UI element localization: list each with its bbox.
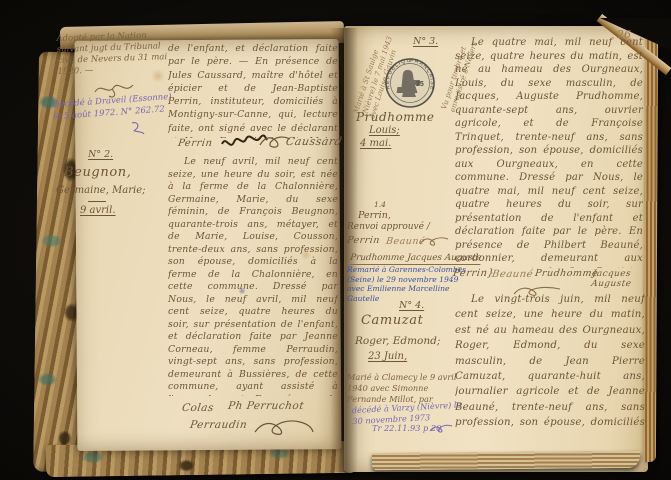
renvoi-name: Perrin, [358, 210, 391, 221]
act-3-surname: Prudhomme [356, 110, 435, 124]
act-2-surname: Beugnon, [64, 165, 131, 180]
act-2-firstnames: Germaine, Marie; [56, 185, 146, 196]
act-4-surname: Camuzat [361, 313, 423, 328]
act-4-body-text: Le vingt-trois juin, mil neuf cent seize… [455, 292, 645, 430]
act-number-3: N° 3. [413, 36, 438, 47]
act-2-body-text: Le neuf avril, mil neuf cent seize, une … [168, 156, 338, 396]
act-3-signature-prudhomme: Prudhomme [534, 268, 599, 279]
paraph-icon [428, 420, 454, 435]
paraph-icon [128, 120, 146, 135]
renvoi-approval-note: Renvoi approuvé / [347, 222, 430, 232]
act-3-firstname: Louis; [369, 125, 400, 136]
act-2-date: 9 avril. [80, 205, 116, 216]
page-stack-bottom-right [372, 451, 640, 470]
page-stack-fore-edge [643, 36, 658, 462]
signature-colas: Colas [181, 402, 215, 414]
signature-perruchot: Ph Perruchot [227, 400, 305, 412]
renvoi-reference-mark: 1.4 [374, 200, 386, 209]
margin-rule [88, 201, 106, 202]
act-3-date: 4 mai. [360, 138, 391, 149]
signature-caussard: Caussard [285, 135, 344, 148]
act-number-2: N° 2. [88, 149, 113, 160]
signature-flourish-icon [418, 233, 450, 248]
act-3-signature-beaune: Beauné [491, 269, 534, 280]
adoption-margin-note: Adopté par la Nation suivant jugt du Tri… [56, 30, 169, 78]
act-3-signature-perrin: Perrin} [452, 268, 495, 279]
renvoi-signature-perrin: Perrin [346, 235, 380, 246]
signature-perrin: Perrin [177, 138, 213, 149]
republique-francaise-stamp: RÉPUBLIQUE FRANÇAISE 25 [383, 56, 437, 110]
act-3-body-text: Le quatre mai, mil neuf cent seize, quat… [455, 36, 643, 268]
signature-perraudin: Perraudin [189, 419, 248, 431]
stamp-value: 25 [416, 81, 424, 88]
signature-flourish-icon [252, 414, 316, 438]
register-scan: Adopté par la Nation suivant jugt du Tri… [0, 0, 671, 480]
act-3-signature-jacques-auguste: Jacques Auguste [591, 269, 671, 289]
act-1-continuation-text: de l'enfant, et déclaration faite par le… [168, 42, 338, 138]
act-4-date: 23 Juin, [368, 351, 407, 362]
act-number-4: N° 4. [399, 300, 424, 311]
act-4-firstnames: Roger, Edmond; [355, 335, 440, 347]
